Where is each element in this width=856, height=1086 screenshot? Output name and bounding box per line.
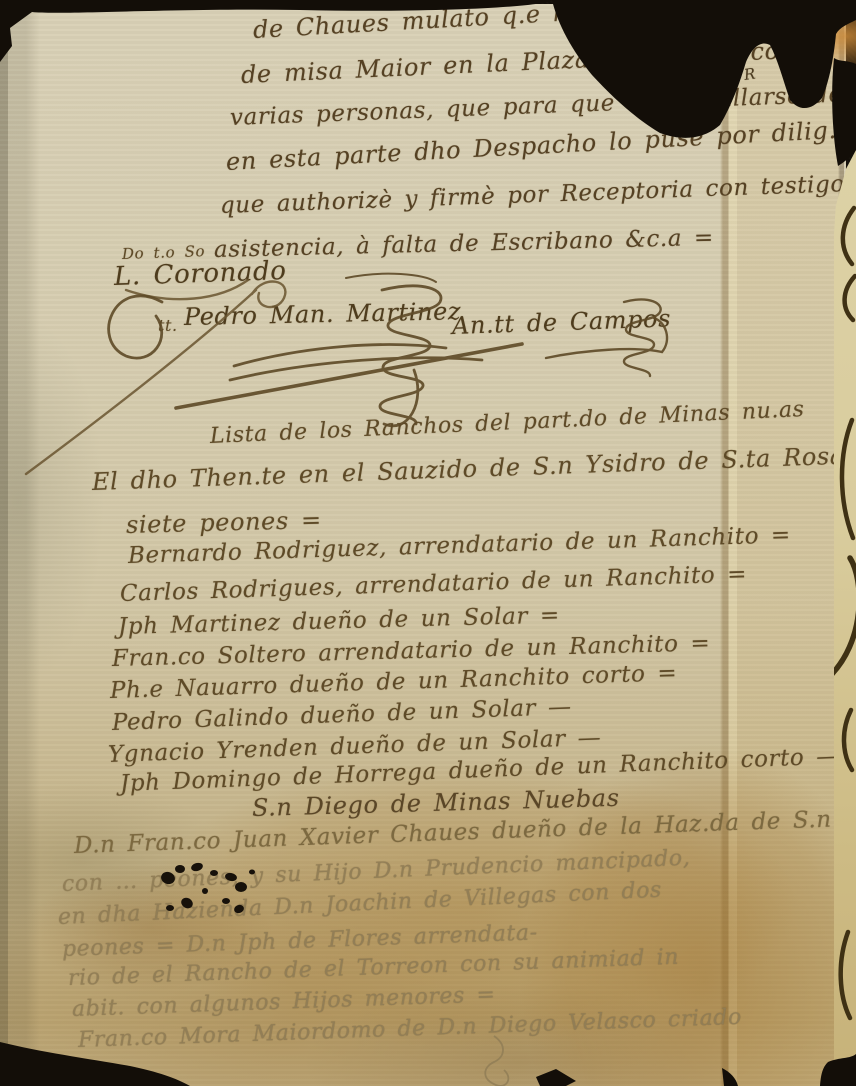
signature-martinez: Pedro Man. Martinez [184, 297, 462, 331]
margin-mark: R [743, 64, 757, 83]
adjacent-page-edge [834, 150, 856, 1086]
signature-prefix-mark: tt. [158, 316, 178, 335]
list-intro-line: siete peones = [126, 506, 322, 539]
manuscript-photograph: de Chaues mulato q.e hizo oficio de Preg… [0, 0, 856, 1086]
signature-coronado: L. Coronado [113, 256, 287, 292]
adjacent-page-ink-strokes [834, 150, 856, 1086]
